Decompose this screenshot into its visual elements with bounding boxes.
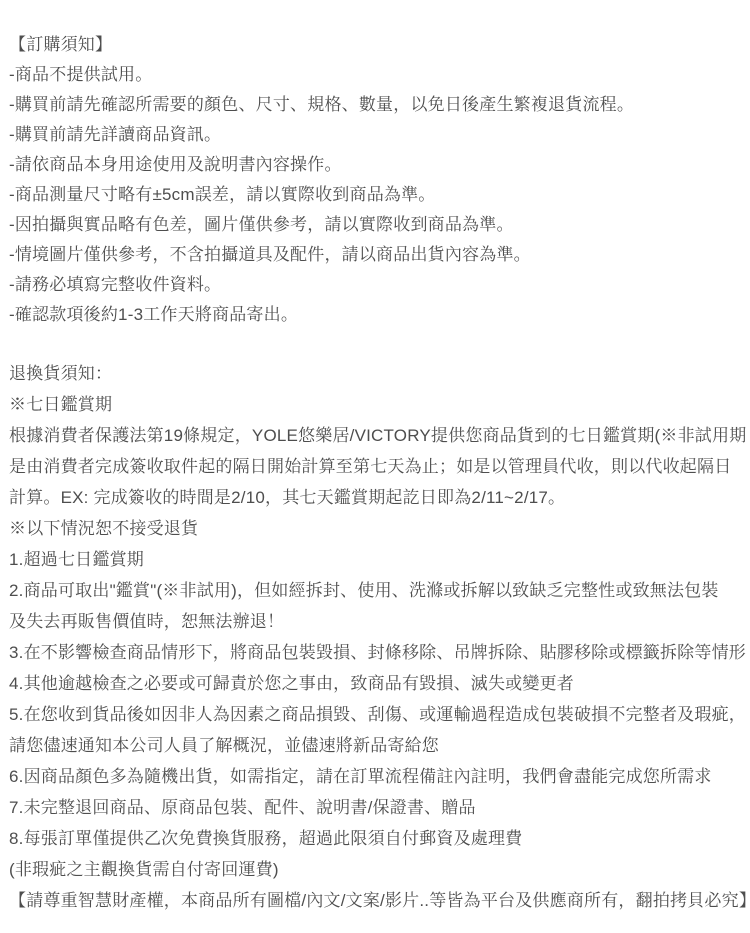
order-notice-line: -購買前請先詳讀商品資訊。 xyxy=(9,120,746,150)
copyright-footer: 【請尊重智慧財產權，本商品所有圖檔/內文/文案/影片..等皆為平台及供應商所有，… xyxy=(9,885,746,916)
order-notice-title: 【訂購須知】 xyxy=(9,30,746,60)
return-notice-line: 6.因商品顏色多為隨機出貨，如需指定，請在訂單流程備註內註明，我們會盡能完成您所… xyxy=(9,761,746,792)
return-notice-section: 退換貨須知： ※七日鑑賞期 根據消費者保護法第19條規定，YOLE悠樂居/VIC… xyxy=(9,358,746,916)
return-notice-line: 8.每張訂單僅提供乙次免費換貨服務，超過此限須自付郵資及處理費 xyxy=(9,823,746,854)
product-notice-document: 【訂購須知】 -商品不提供試用。 -購買前請先確認所需要的顏色、尺寸、規格、數量… xyxy=(0,0,750,916)
return-notice-line: ※七日鑑賞期 xyxy=(9,389,746,420)
return-notice-title: 退換貨須知： xyxy=(9,358,746,389)
order-notice-line: -商品測量尺寸略有±5cm誤差，請以實際收到商品為準。 xyxy=(9,180,746,210)
return-notice-line: 計算。EX: 完成簽收的時間是2/10，其七天鑑賞期起訖日即為2/11~2/17… xyxy=(9,482,746,513)
return-notice-line: 及失去再販售價值時，恕無法辦退！ xyxy=(9,606,746,637)
return-notice-line: (非瑕疵之主觀換貨需自付寄回運費) xyxy=(9,854,746,885)
return-notice-line: 2.商品可取出"鑑賞"(※非試用)，但如經拆封、使用、洗滌或拆解以致缺乏完整性或… xyxy=(9,575,746,606)
order-notice-line: -請依商品本身用途使用及說明書內容操作。 xyxy=(9,150,746,180)
order-notice-line: -請務必填寫完整收件資料。 xyxy=(9,270,746,300)
return-notice-line: 4.其他逾越檢查之必要或可歸責於您之事由，致商品有毀損、滅失或變更者 xyxy=(9,668,746,699)
order-notice-line: -情境圖片僅供參考，不含拍攝道具及配件，請以商品出貨內容為準。 xyxy=(9,240,746,270)
order-notice-section: 【訂購須知】 -商品不提供試用。 -購買前請先確認所需要的顏色、尺寸、規格、數量… xyxy=(9,30,746,330)
return-notice-line: 根據消費者保護法第19條規定，YOLE悠樂居/VICTORY提供您商品貨到的七日… xyxy=(9,420,746,451)
return-notice-line: 請您儘速通知本公司人員了解概況，並儘速將新品寄給您 xyxy=(9,730,746,761)
return-notice-line: ※以下情況恕不接受退貨 xyxy=(9,513,746,544)
return-notice-line: 是由消費者完成簽收取件起的隔日開始計算至第七天為止；如是以管理員代收，則以代收起… xyxy=(9,451,746,482)
order-notice-line: -購買前請先確認所需要的顏色、尺寸、規格、數量，以免日後產生繁複退貨流程。 xyxy=(9,90,746,120)
order-notice-line: -確認款項後約1-3工作天將商品寄出。 xyxy=(9,300,746,330)
return-notice-line: 3.在不影響檢查商品情形下，將商品包裝毀損、封條移除、吊牌拆除、貼膠移除或標籤拆… xyxy=(9,637,746,668)
return-notice-line: 7.未完整退回商品、原商品包裝、配件、說明書/保證書、贈品 xyxy=(9,792,746,823)
return-notice-line: 1.超過七日鑑賞期 xyxy=(9,544,746,575)
order-notice-line: -因拍攝與實品略有色差，圖片僅供參考，請以實際收到商品為準。 xyxy=(9,210,746,240)
return-notice-line: 5.在您收到貨品後如因非人為因素之商品損毀、刮傷、或運輸過程造成包裝破損不完整者… xyxy=(9,699,746,730)
order-notice-line: -商品不提供試用。 xyxy=(9,60,746,90)
